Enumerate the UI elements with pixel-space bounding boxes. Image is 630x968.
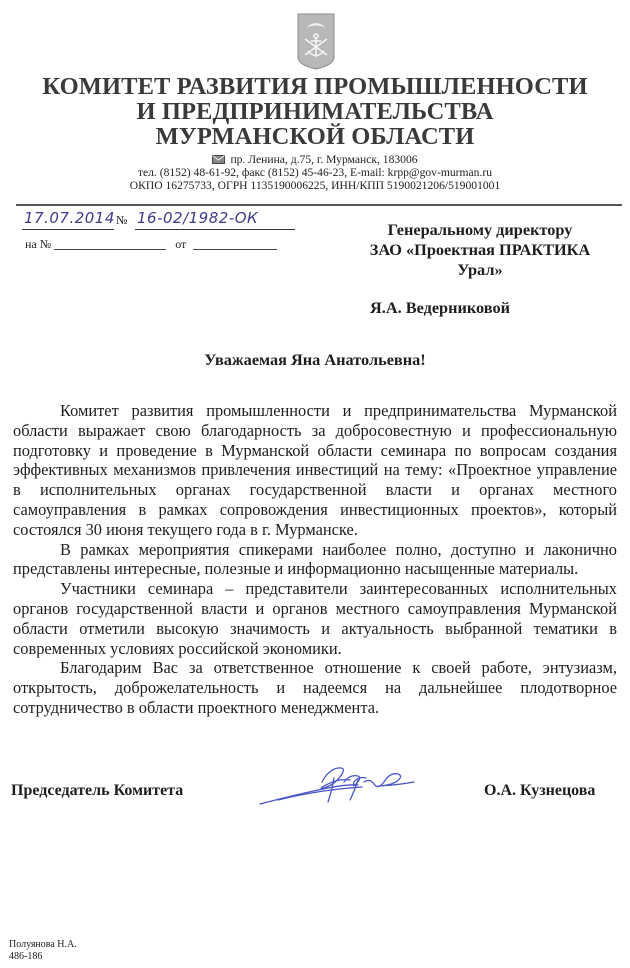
organization-title: КОМИТЕТ РАЗВИТИЯ ПРОМЫШЛЕННОСТИ И ПРЕДПР… — [0, 74, 630, 149]
handwritten-signature-icon — [258, 760, 418, 810]
executor-phone: 486-186 — [9, 951, 77, 963]
address-line: пр. Ленина, д.75, г. Мурманск, 183006 — [0, 153, 630, 166]
registration-date: 17.07.2014 — [24, 209, 115, 227]
reference-line: на № от — [25, 237, 277, 252]
executor-name: Полуянова Н.А. — [9, 939, 77, 951]
coat-of-arms-icon — [297, 13, 335, 70]
reference-date-blank — [193, 239, 277, 250]
number-label: № — [116, 213, 127, 228]
registration-number-field: 16-02/1982-ОК — [135, 209, 295, 230]
salutation: Уважаемая Яна Анатольевна! — [0, 350, 630, 370]
registration-codes-line: ОКПО 16275733, ОГРН 1135190006225, ИНН/К… — [0, 179, 630, 192]
contact-info: пр. Ленина, д.75, г. Мурманск, 183006 те… — [0, 153, 630, 192]
org-title-line: КОМИТЕТ РАЗВИТИЯ ПРОМЫШЛЕННОСТИ — [0, 74, 630, 99]
registration-line: 17.07.2014 № 16-02/1982-ОК — [22, 209, 292, 231]
body-paragraph: В рамках мероприятия спикерами наиболее … — [13, 540, 617, 580]
org-title-line: МУРМАНСКОЙ ОБЛАСТИ — [0, 124, 630, 149]
reference-number-label: на № — [25, 237, 51, 251]
registration-date-field: 17.07.2014 — [22, 209, 114, 230]
addressee-block: Генеральному директору ЗАО «Проектная ПР… — [330, 220, 630, 280]
addressee-name: Я.А. Ведерниковой — [370, 298, 510, 318]
addressee-line: Генеральному директору — [330, 220, 630, 240]
mail-icon — [212, 154, 225, 163]
body-paragraph: Комитет развития промышленности и предпр… — [13, 401, 617, 540]
body-paragraph: Благодарим Вас за ответственное отношени… — [13, 658, 617, 717]
reference-date-label: от — [175, 237, 186, 251]
registration-number: 16-02/1982-ОК — [137, 209, 258, 227]
addressee-line: Урал» — [330, 260, 630, 280]
signatory-title: Председатель Комитета — [11, 782, 183, 800]
executor-info: Полуянова Н.А. 486-186 — [9, 939, 77, 962]
reference-number-blank — [54, 239, 166, 250]
addressee-line: ЗАО «Проектная ПРАКТИКА — [330, 240, 630, 260]
address-text: пр. Ленина, д.75, г. Мурманск, 183006 — [230, 153, 417, 166]
body-paragraph: Участники семинара – представители заинт… — [13, 579, 617, 658]
org-title-line: И ПРЕДПРИНИМАТЕЛЬСТВА — [0, 99, 630, 124]
letterhead-divider — [16, 204, 622, 206]
signatory-name: О.А. Кузнецова — [484, 782, 595, 800]
phones-line: тел. (8152) 48-61-92, факс (8152) 45-46-… — [0, 166, 630, 179]
letter-body: Комитет развития промышленности и предпр… — [13, 401, 617, 718]
